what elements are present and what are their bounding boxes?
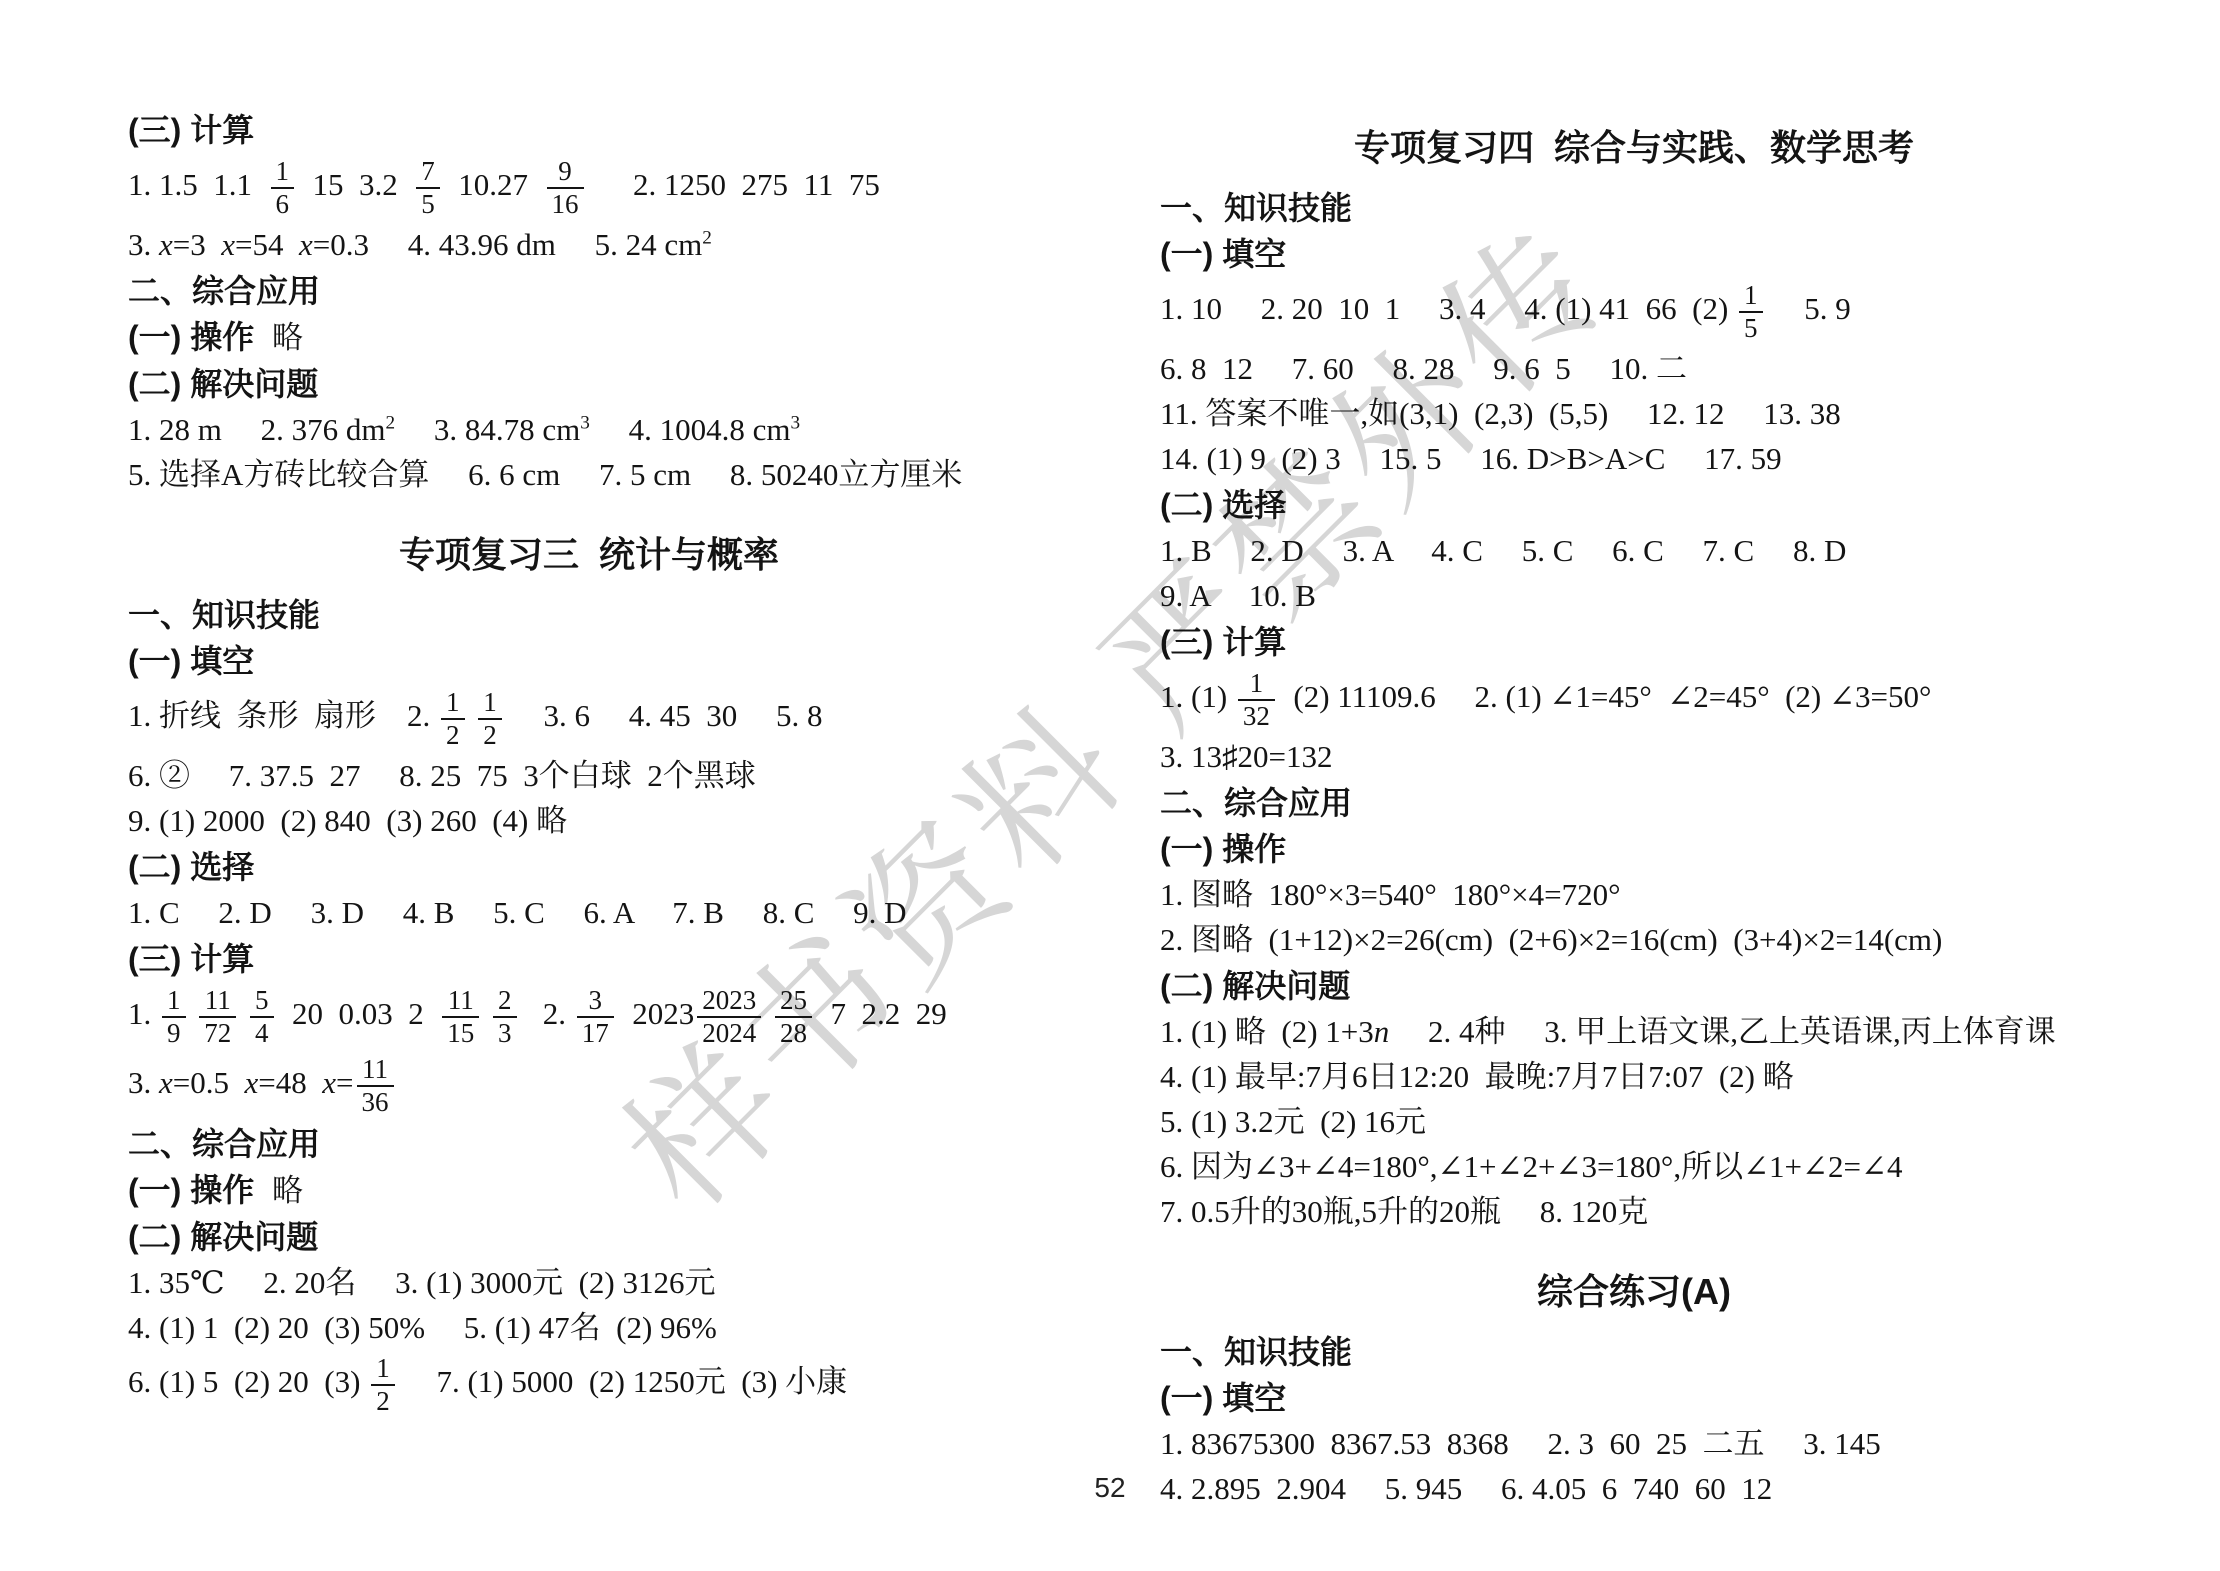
subheading: (一) 操作 略	[128, 1168, 1050, 1213]
subheading: (一) 填空	[128, 639, 1050, 683]
answer-line: 6. ② 7. 37.5 27 8. 25 75 3个白球 2个黑球	[128, 754, 1050, 798]
superscript: 2	[385, 413, 395, 434]
section-title: 专项复习三 统计与概率	[128, 531, 1050, 579]
answer-line: 1. 图略 180°×3=540° 180°×4=720°	[1160, 873, 2108, 917]
answer-line: 5. 选择A方砖比较合算 6. 6 cm 7. 5 cm 8. 50240立方厘…	[128, 453, 1050, 497]
fraction: 54	[250, 985, 274, 1049]
fraction: 1172	[199, 985, 236, 1049]
answer-line: 3. x=0.5 x=48 x=1136	[128, 1052, 1050, 1120]
subheading: (三) 计算	[128, 937, 1050, 981]
answer-line: 5. (1) 3.2元 (2) 16元	[1160, 1100, 2108, 1144]
superscript: 3	[580, 413, 590, 434]
fraction: 916	[547, 156, 584, 220]
subheading: 一、知识技能	[1160, 1330, 2108, 1374]
subheading: 二、综合应用	[128, 1122, 1050, 1166]
answer-line: 6. 8 12 7. 60 8. 28 9. 6 5 10. 二	[1160, 347, 2108, 391]
answer-line: 1. 28 m 2. 376 dm2 3. 84.78 cm3 4. 1004.…	[128, 408, 1050, 452]
answer-line: 2. 图略 (1+12)×2=26(cm) (2+6)×2=16(cm) (3+…	[1160, 918, 2108, 962]
answer-line: 1. C 2. D 3. D 4. B 5. C 6. A 7. B 8. C …	[128, 891, 1050, 935]
answer-line: 1. 1.5 1.1 16 15 3.2 75 10.27 916 2. 125…	[128, 154, 1050, 222]
subheading: 一、知识技能	[128, 593, 1050, 637]
fraction: 15	[1739, 280, 1763, 344]
fraction: 75	[416, 156, 440, 220]
superscript: 2	[702, 228, 712, 249]
subheading: (二) 解决问题	[128, 1215, 1050, 1259]
math-variable: n	[1374, 1014, 1390, 1049]
fraction: 12	[371, 1353, 395, 1417]
fraction: 132	[1238, 668, 1275, 732]
superscript: 3	[790, 413, 800, 434]
answer-line: 7. 0.5升的30瓶,5升的20瓶 8. 120克	[1160, 1190, 2108, 1234]
regular-text: 略	[272, 320, 303, 355]
subheading: (二) 选择	[1160, 483, 2108, 527]
answer-line: 1. 19 1172 54 20 0.03 2 1115 23 2. 317 2…	[128, 983, 1050, 1051]
answer-line: 14. (1) 9 (2) 3 15. 5 16. D>B>A>C 17. 59	[1160, 437, 2108, 481]
fraction: 12	[441, 687, 465, 751]
subheading: 一、知识技能	[1160, 186, 2108, 230]
answer-line: 9. (1) 2000 (2) 840 (3) 260 (4) 略	[128, 799, 1050, 843]
math-variable: x	[245, 1065, 259, 1100]
subheading: 二、综合应用	[128, 269, 1050, 313]
fraction: 19	[162, 985, 186, 1049]
subheading: 二、综合应用	[1160, 781, 2108, 825]
subheading: (二) 解决问题	[128, 362, 1050, 406]
answer-line: 3. 13♯20=132	[1160, 735, 2108, 779]
answer-line: 3. x=3 x=54 x=0.3 4. 43.96 dm 5. 24 cm2	[128, 223, 1050, 267]
subheading: (二) 选择	[128, 845, 1050, 889]
answer-line: 4. (1) 最早:7月6日12:20 最晚:7月7日7:07 (2) 略	[1160, 1055, 2108, 1099]
answer-line: 6. 因为∠3+∠4=180°,∠1+∠2+∠3=180°,所以∠1+∠2=∠4	[1160, 1145, 2108, 1189]
regular-text: 略	[272, 1173, 303, 1208]
math-variable: x	[159, 227, 173, 262]
fraction: 12	[478, 687, 502, 751]
subheading: (一) 填空	[1160, 232, 2108, 276]
fraction: 16	[271, 156, 295, 220]
subheading: (一) 操作 略	[128, 315, 1050, 360]
answer-line: 4. (1) 1 (2) 20 (3) 50% 5. (1) 47名 (2) 9…	[128, 1306, 1050, 1350]
section-title: 专项复习四 综合与实践、数学思考	[1160, 124, 2108, 172]
subheading: (二) 解决问题	[1160, 964, 2108, 1008]
answer-book-page: 样书资料 严禁外传 (三) 计算1. 1.5 1.1 16 15 3.2 75 …	[0, 0, 2220, 1571]
subheading: (一) 填空	[1160, 1376, 2108, 1420]
fraction: 20232024	[697, 985, 761, 1049]
fraction: 1136	[357, 1054, 394, 1118]
fraction: 1115	[442, 985, 479, 1049]
math-variable: x	[159, 1065, 173, 1100]
fraction: 2528	[775, 985, 812, 1049]
math-variable: x	[299, 227, 313, 262]
page-number: 52	[0, 1472, 2220, 1504]
answer-line: 1. 折线 条形 扇形 2. 12 12 3. 6 4. 45 30 5. 8	[128, 685, 1050, 753]
answer-line: 1. 10 2. 20 10 1 3. 4 4. (1) 41 66 (2) 1…	[1160, 278, 2108, 346]
answer-line: 1. 83675300 8367.53 8368 2. 3 60 25 二五 3…	[1160, 1422, 2108, 1466]
subheading: (一) 操作	[1160, 827, 2108, 871]
subheading: (三) 计算	[1160, 620, 2108, 664]
answer-line: 1. (1) 132 (2) 11109.6 2. (1) ∠1=45° ∠2=…	[1160, 666, 2108, 734]
answer-line: 9. A 10. B	[1160, 574, 2108, 618]
subheading: (三) 计算	[128, 108, 1050, 152]
section-title: 综合练习(A)	[1160, 1268, 2108, 1316]
column-right: 专项复习四 综合与实践、数学思考一、知识技能(一) 填空1. 10 2. 20 …	[1160, 90, 2108, 1512]
fraction: 317	[577, 985, 614, 1049]
math-variable: x	[221, 227, 235, 262]
math-variable: x	[322, 1065, 336, 1100]
answer-line: 1. 35℃ 2. 20名 3. (1) 3000元 (2) 3126元	[128, 1261, 1050, 1305]
fraction: 23	[493, 985, 517, 1049]
answer-line: 11. 答案不唯一,如(3,1) (2,3) (5,5) 12. 12 13. …	[1160, 392, 2108, 436]
answer-line: 1. (1) 略 (2) 1+3n 2. 4种 3. 甲上语文课,乙上英语课,丙…	[1160, 1010, 2108, 1054]
column-left: (三) 计算1. 1.5 1.1 16 15 3.2 75 10.27 916 …	[128, 106, 1050, 1420]
answer-line: 6. (1) 5 (2) 20 (3) 12 7. (1) 5000 (2) 1…	[128, 1351, 1050, 1419]
answer-line: 1. B 2. D 3. A 4. C 5. C 6. C 7. C 8. D	[1160, 529, 2108, 573]
